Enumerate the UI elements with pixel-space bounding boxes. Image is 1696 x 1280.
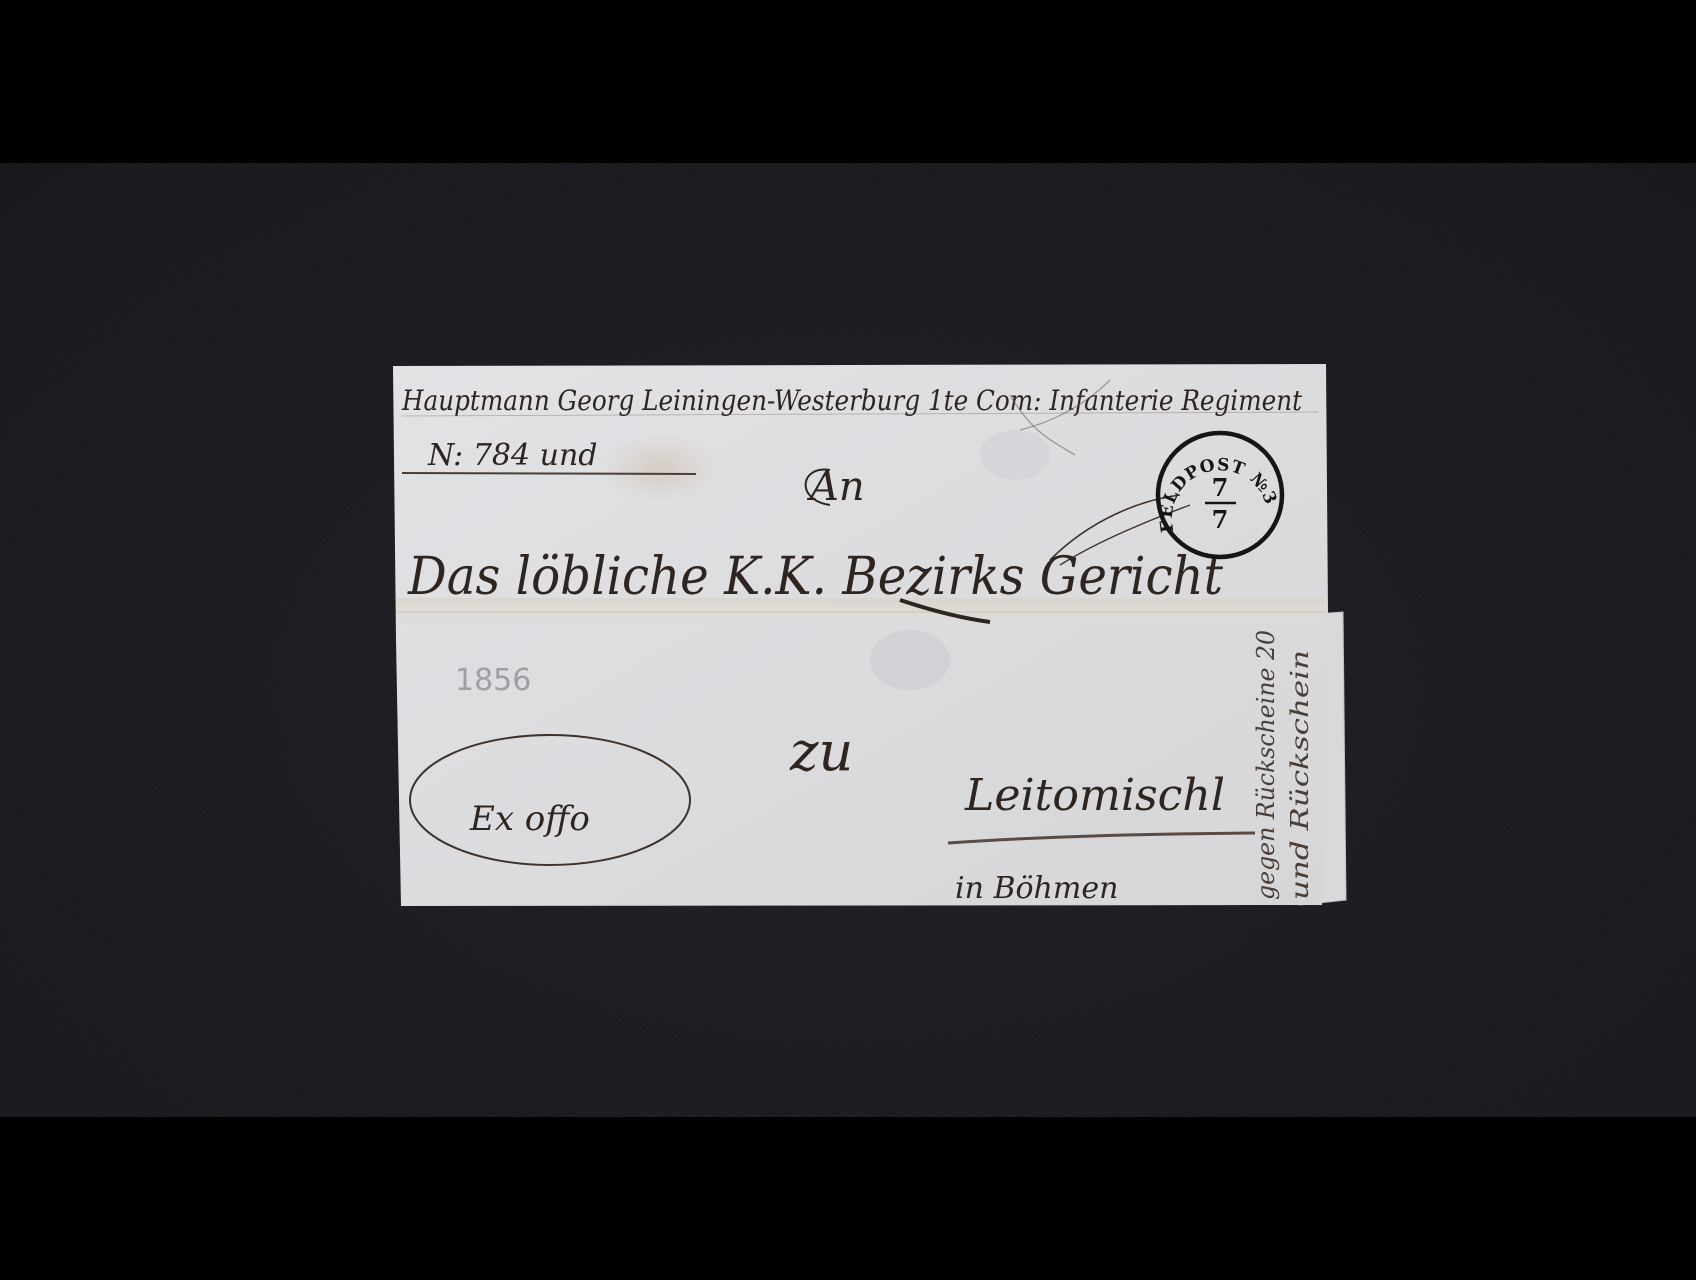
- sender-line-1: Hauptmann Georg Leiningen-Westerburg 1te…: [401, 384, 1303, 417]
- pencil-note: 1856: [455, 663, 531, 698]
- destination-city: Leitomischl: [964, 770, 1225, 821]
- to-prefix: zu: [789, 720, 853, 783]
- cover-drawing: Hauptmann Georg Leiningen-Westerburg 1te…: [0, 0, 1696, 1280]
- official-marking: Ex offo: [469, 799, 590, 839]
- screen: Hauptmann Georg Leiningen-Westerburg 1te…: [0, 0, 1696, 1280]
- addressee-line: Das löbliche K.K. Bezirks Gericht: [407, 547, 1223, 607]
- postmark-day: 7: [1212, 473, 1229, 502]
- sender-line-2: N: 784 und: [427, 438, 597, 473]
- destination-region: in Böhmen: [955, 871, 1118, 906]
- postal-cover: Hauptmann Georg Leiningen-Westerburg 1te…: [0, 0, 1696, 1280]
- postmark-month: 7: [1212, 505, 1229, 534]
- flap-text-2: und Rückschein: [1286, 650, 1314, 900]
- flap-text-1: gegen Rückscheine 20: [1252, 630, 1280, 900]
